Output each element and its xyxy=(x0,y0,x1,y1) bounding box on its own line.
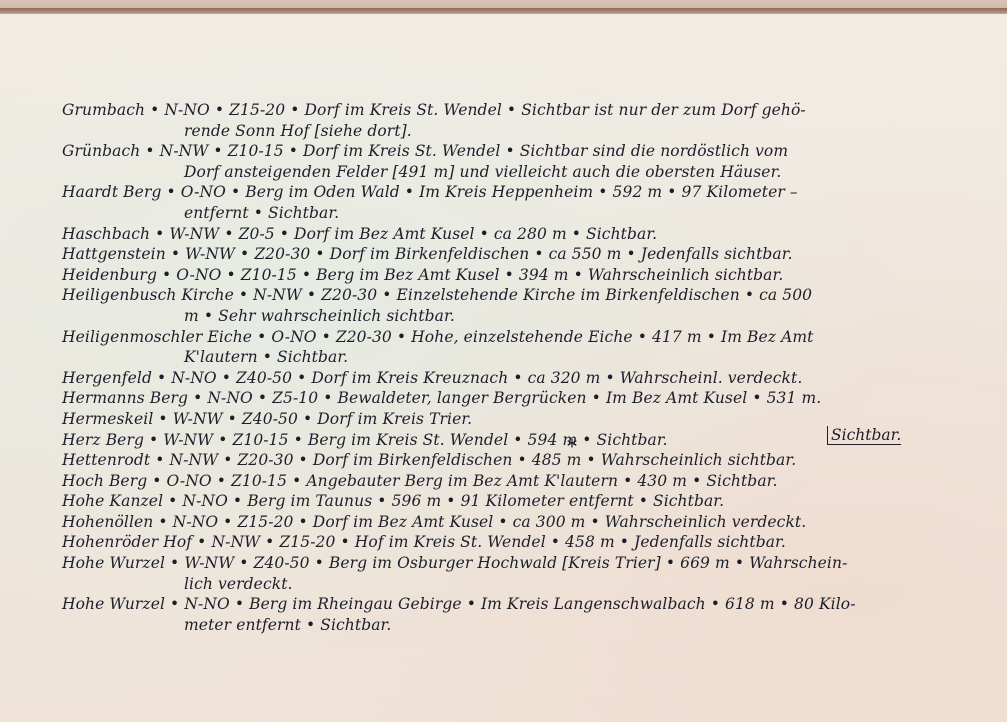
entry-continuation: rende Sonn Hof [siehe dort]. xyxy=(62,121,962,142)
entry-continuation: K'lautern • Sichtbar. xyxy=(62,347,962,368)
entry-hohe-kanzel: Hohe Kanzel • N-NO • Berg im Taunus • 59… xyxy=(62,491,962,512)
margin-note: Sichtbar. xyxy=(827,426,901,445)
entry-heidenburg: Heidenburg • O-NO • Z10-15 • Berg im Bez… xyxy=(62,265,962,286)
entry-line: Hohenöllen • N-NO • Z15-20 • Dorf im Bez… xyxy=(62,512,962,533)
entry-heiligenbusch-kirche: Heiligenbusch Kirche • N-NW • Z20-30 • E… xyxy=(62,285,962,326)
entry-hohenoellen: Hohenöllen • N-NO • Z15-20 • Dorf im Bez… xyxy=(62,512,962,533)
entry-hoch-berg: Hoch Berg • O-NO • Z10-15 • Angebauter B… xyxy=(62,471,962,492)
entry-line: Hohe Wurzel • W-NW • Z40-50 • Berg im Os… xyxy=(62,553,962,574)
entry-line: Grumbach • N-NO • Z15-20 • Dorf im Kreis… xyxy=(62,100,962,121)
entry-line: Haardt Berg • O-NO • Berg im Oden Wald •… xyxy=(62,182,962,203)
entry-hattgenstein: Hattgenstein • W-NW • Z20-30 • Dorf im B… xyxy=(62,244,962,265)
entry-continuation: m • Sehr wahrscheinlich sichtbar. xyxy=(62,306,962,327)
entry-line: Grünbach • N-NW • Z10-15 • Dorf im Kreis… xyxy=(62,141,962,162)
entry-continuation: lich verdeckt. xyxy=(62,574,962,595)
entry-line: Hettenrodt • N-NW • Z20-30 • Dorf im Bir… xyxy=(62,450,962,471)
entry-line: Haschbach • W-NW • Z0-5 • Dorf im Bez Am… xyxy=(62,224,962,245)
entry-line: Hoch Berg • O-NO • Z10-15 • Angebauter B… xyxy=(62,471,962,492)
entry-line: Hohe Wurzel • N-NO • Berg im Rheingau Ge… xyxy=(62,594,962,615)
entry-haardt-berg: Haardt Berg • O-NO • Berg im Oden Wald •… xyxy=(62,182,962,223)
entry-line: Heiligenbusch Kirche • N-NW • Z20-30 • E… xyxy=(62,285,962,306)
entry-line: Hermanns Berg • N-NO • Z5-10 • Bewaldete… xyxy=(62,388,962,409)
entry-line: Hergenfeld • N-NO • Z40-50 • Dorf im Kre… xyxy=(62,368,962,389)
entry-continuation: meter entfernt • Sichtbar. xyxy=(62,615,962,636)
entry-hergenfeld: Hergenfeld • N-NO • Z40-50 • Dorf im Kre… xyxy=(62,368,962,389)
entry-haschbach: Haschbach • W-NW • Z0-5 • Dorf im Bez Am… xyxy=(62,224,962,245)
entry-hettenrodt: Hettenrodt • N-NW • Z20-30 • Dorf im Bir… xyxy=(62,450,962,471)
asterisk-mark: * xyxy=(567,434,577,458)
entry-line: Hohe Kanzel • N-NO • Berg im Taunus • 59… xyxy=(62,491,962,512)
entry-gruenbach: Grünbach • N-NW • Z10-15 • Dorf im Kreis… xyxy=(62,141,962,182)
entry-line: Heiligenmoschler Eiche • O-NO • Z20-30 •… xyxy=(62,327,962,348)
entry-line: Heidenburg • O-NO • Z10-15 • Berg im Bez… xyxy=(62,265,962,286)
handwritten-list: Grumbach • N-NO • Z15-20 • Dorf im Kreis… xyxy=(62,100,962,635)
entry-continuation: entfernt • Sichtbar. xyxy=(62,203,962,224)
entry-line: Hattgenstein • W-NW • Z20-30 • Dorf im B… xyxy=(62,244,962,265)
entry-hohe-wurzel-2: Hohe Wurzel • N-NO • Berg im Rheingau Ge… xyxy=(62,594,962,635)
entry-continuation: Dorf ansteigenden Felder [491 m] und vie… xyxy=(62,162,962,183)
entry-line: Hohenröder Hof • N-NW • Z15-20 • Hof im … xyxy=(62,532,962,553)
entry-hohenroeder-hof: Hohenröder Hof • N-NW • Z15-20 • Hof im … xyxy=(62,532,962,553)
entry-grumbach: Grumbach • N-NO • Z15-20 • Dorf im Kreis… xyxy=(62,100,962,141)
entry-heiligenmoschler-eiche: Heiligenmoschler Eiche • O-NO • Z20-30 •… xyxy=(62,327,962,368)
entry-hermanns-berg: Hermanns Berg • N-NO • Z5-10 • Bewaldete… xyxy=(62,388,962,409)
entry-hohe-wurzel-1: Hohe Wurzel • W-NW • Z40-50 • Berg im Os… xyxy=(62,553,962,594)
